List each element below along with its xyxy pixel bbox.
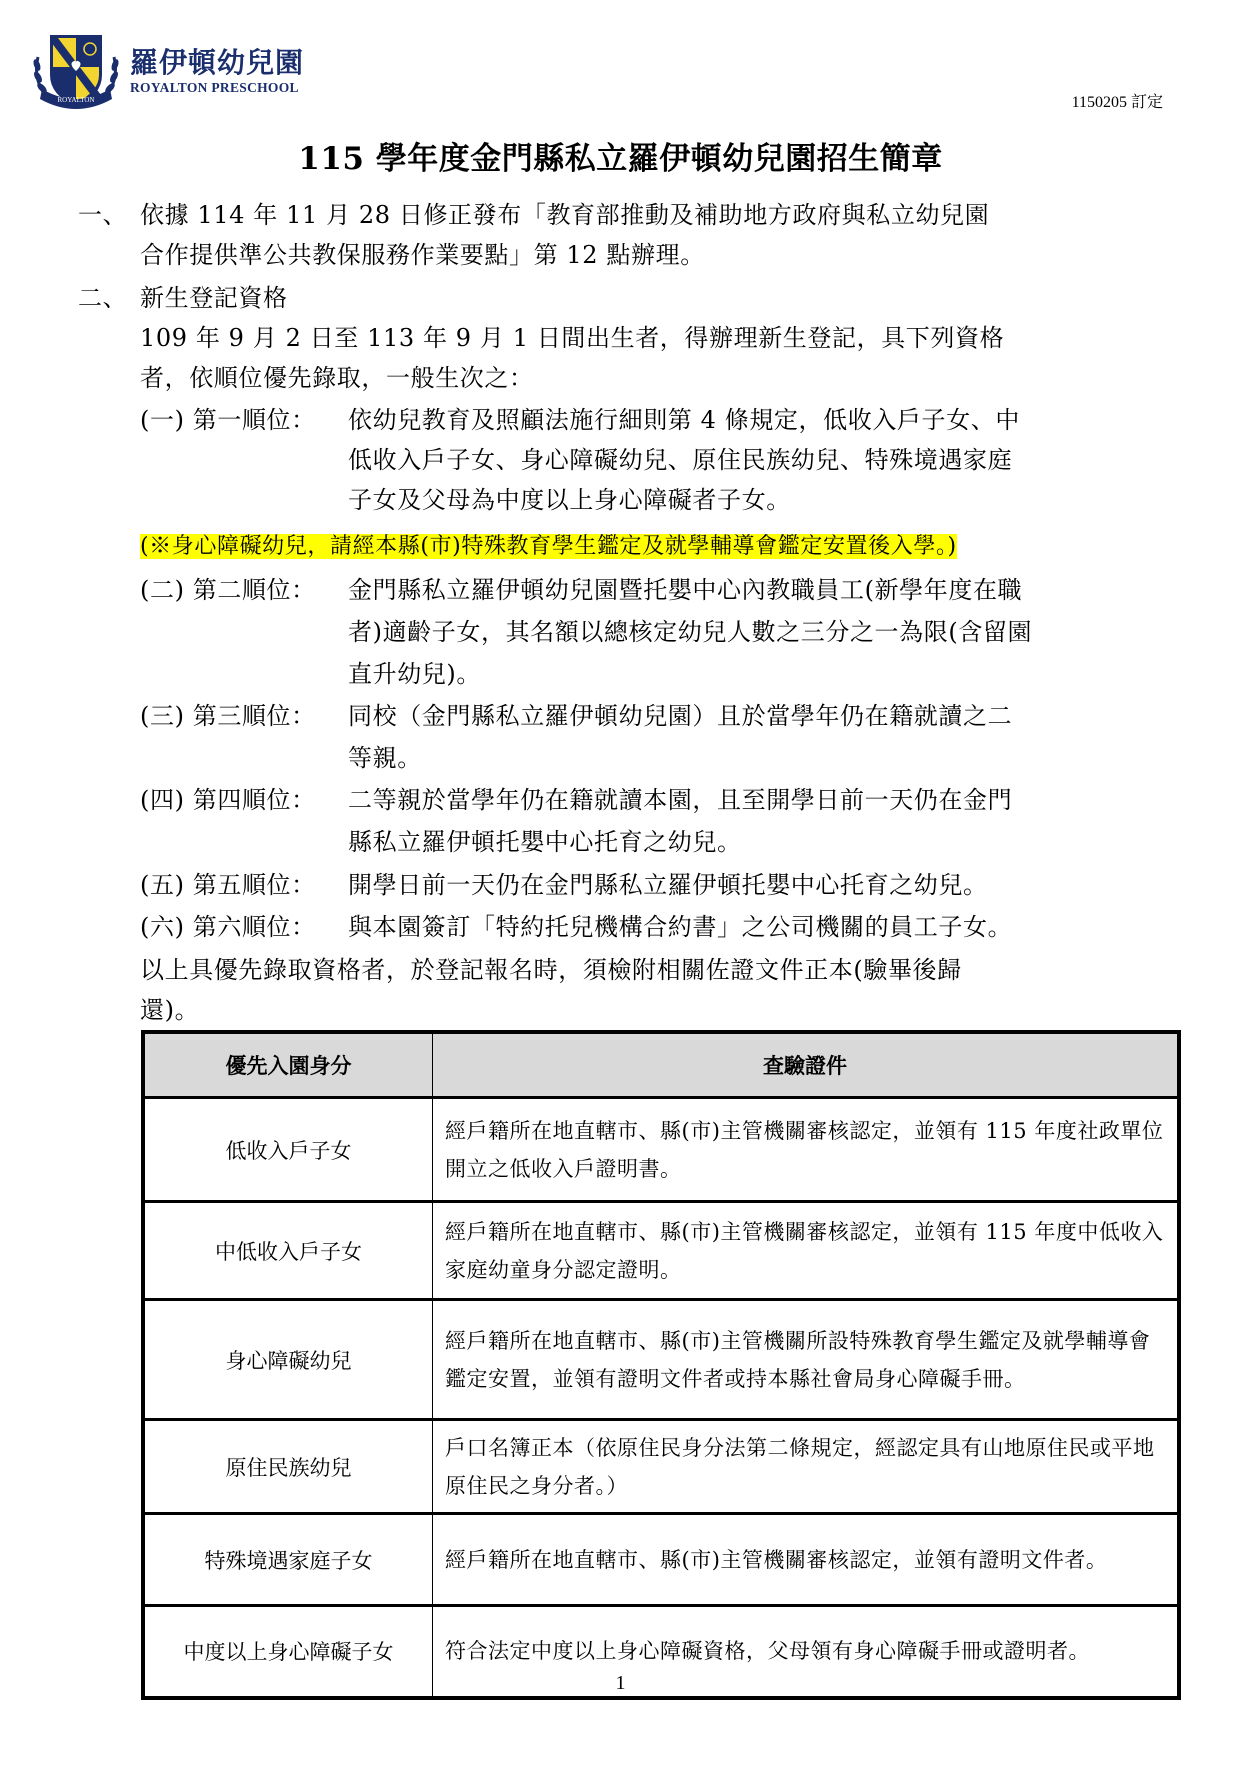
- header-identity: 優先入園身分: [143, 1032, 433, 1098]
- priority-4-line-1: 二等親於當學年仍在籍就讀本園，且至開學日前一天仍在金門: [348, 780, 1012, 820]
- priority-1-line-1: 依幼兒教育及照顧法施行細則第 4 條規定，低收入戶子女、中: [348, 400, 1020, 440]
- page-number: 1: [0, 1672, 1241, 1695]
- identity-cell: 中低收入戶子女: [143, 1202, 433, 1300]
- school-logo: ROYALTON 羅伊頓幼兒園 ROYALTON PRESCHOOL: [28, 26, 328, 116]
- identity-cell: 原住民族幼兒: [143, 1420, 433, 1514]
- identity-cell: 低收入戶子女: [143, 1098, 433, 1202]
- crest-icon: ROYALTON: [28, 27, 124, 115]
- section-1-line-2: 合作提供準公共教保服務作業要點」第 12 點辦理。: [140, 235, 705, 275]
- table-row: 低收入戶子女 經戶籍所在地直轄市、縣(市)主管機關審核認定，並領有 115 年度…: [143, 1098, 1179, 1202]
- priority-5-line-1: 開學日前一天仍在金門縣私立羅伊頓托嬰中心托育之幼兒。: [348, 865, 988, 905]
- priority-2-line-2: 者)適齡子女，其名額以總核定幼兒人數之三分之一為限(含留園: [348, 612, 1032, 652]
- school-name-zh: 羅伊頓幼兒園: [130, 47, 304, 79]
- section-2-heading: 新生登記資格: [140, 278, 288, 318]
- priority-documents-table: 優先入園身分 查驗證件 低收入戶子女 經戶籍所在地直轄市、縣(市)主管機關審核認…: [141, 1030, 1181, 1700]
- section-1-line-1: 依據 114 年 11 月 28 日修正發布「教育部推動及補助地方政府與私立幼兒…: [140, 195, 989, 235]
- header-documents: 查驗證件: [433, 1032, 1180, 1098]
- priority-6-line-1: 與本園簽訂「特約托兒機構合約書」之公司機關的員工子女。: [348, 907, 1012, 947]
- priority-3-line-2: 等親。: [348, 738, 422, 778]
- school-name-en: ROYALTON PRESCHOOL: [130, 80, 304, 96]
- highlight-note: (※身心障礙幼兒，請經本縣(市)特殊教育學生鑑定及就學輔導會鑑定安置後入學。): [140, 527, 957, 567]
- identity-cell: 特殊境遇家庭子女: [143, 1514, 433, 1606]
- identity-cell: 身心障礙幼兒: [143, 1300, 433, 1420]
- section-2-number: 二、: [78, 278, 127, 318]
- priority-2-label: (二) 第二順位：: [140, 570, 316, 610]
- priority-1-line-2: 低收入戶子女、身心障礙幼兒、原住民族幼兒、特殊境遇家庭: [348, 440, 1012, 480]
- closing-line-1: 以上具優先錄取資格者，於登記報名時，須檢附相關佐證文件正本(驗畢後歸: [140, 950, 962, 990]
- priority-2-line-3: 直升幼兒)。: [348, 654, 481, 694]
- table-row: 特殊境遇家庭子女 經戶籍所在地直轄市、縣(市)主管機關審核認定，並領有證明文件者…: [143, 1514, 1179, 1606]
- document-cell: 經戶籍所在地直轄市、縣(市)主管機關審核認定，並領有 115 年度社政單位開立之…: [433, 1098, 1180, 1202]
- table-row: 身心障礙幼兒 經戶籍所在地直轄市、縣(市)主管機關所設特殊教育學生鑑定及就學輔導…: [143, 1300, 1179, 1420]
- section-2-intro-1: 109 年 9 月 2 日至 113 年 9 月 1 日間出生者，得辦理新生登記…: [140, 318, 1004, 358]
- table-row: 原住民族幼兒 戶口名簿正本（依原住民身分法第二條規定，經認定具有山地原住民或平地…: [143, 1420, 1179, 1514]
- document-cell: 經戶籍所在地直轄市、縣(市)主管機關所設特殊教育學生鑑定及就學輔導會鑑定安置，並…: [433, 1300, 1180, 1420]
- priority-2-line-1: 金門縣私立羅伊頓幼兒園暨托嬰中心內教職員工(新學年度在職: [348, 570, 1022, 610]
- priority-3-label: (三) 第三順位：: [140, 696, 316, 736]
- section-2-intro-2: 者，依順位優先錄取，一般生次之：: [140, 358, 534, 398]
- page-title: 115 學年度金門縣私立羅伊頓幼兒園招生簡章: [0, 133, 1241, 178]
- document-cell: 經戶籍所在地直轄市、縣(市)主管機關審核認定，並領有證明文件者。: [433, 1514, 1180, 1606]
- table-row: 中低收入戶子女 經戶籍所在地直轄市、縣(市)主管機關審核認定，並領有 115 年…: [143, 1202, 1179, 1300]
- document-cell: 經戶籍所在地直轄市、縣(市)主管機關審核認定，並領有 115 年度中低收入家庭幼…: [433, 1202, 1180, 1300]
- priority-4-line-2: 縣私立羅伊頓托嬰中心托育之幼兒。: [348, 822, 742, 862]
- document-cell: 戶口名簿正本（依原住民身分法第二條規定，經認定具有山地原住民或平地原住民之身分者…: [433, 1420, 1180, 1514]
- priority-1-line-3: 子女及父母為中度以上身心障礙者子女。: [348, 480, 791, 520]
- priority-1-label: (一) 第一順位：: [140, 400, 316, 440]
- priority-3-line-1: 同校（金門縣私立羅伊頓幼兒園）且於當學年仍在籍就讀之二: [348, 696, 1012, 736]
- table-header-row: 優先入園身分 查驗證件: [143, 1032, 1179, 1098]
- section-1-number: 一、: [78, 195, 127, 235]
- closing-line-2: 還)。: [140, 990, 199, 1030]
- priority-4-label: (四) 第四順位：: [140, 780, 316, 820]
- revision-date: 1150205 訂定: [1072, 89, 1163, 112]
- svg-text:ROYALTON: ROYALTON: [58, 96, 95, 104]
- priority-5-label: (五) 第五順位：: [140, 865, 316, 905]
- priority-6-label: (六) 第六順位：: [140, 907, 316, 947]
